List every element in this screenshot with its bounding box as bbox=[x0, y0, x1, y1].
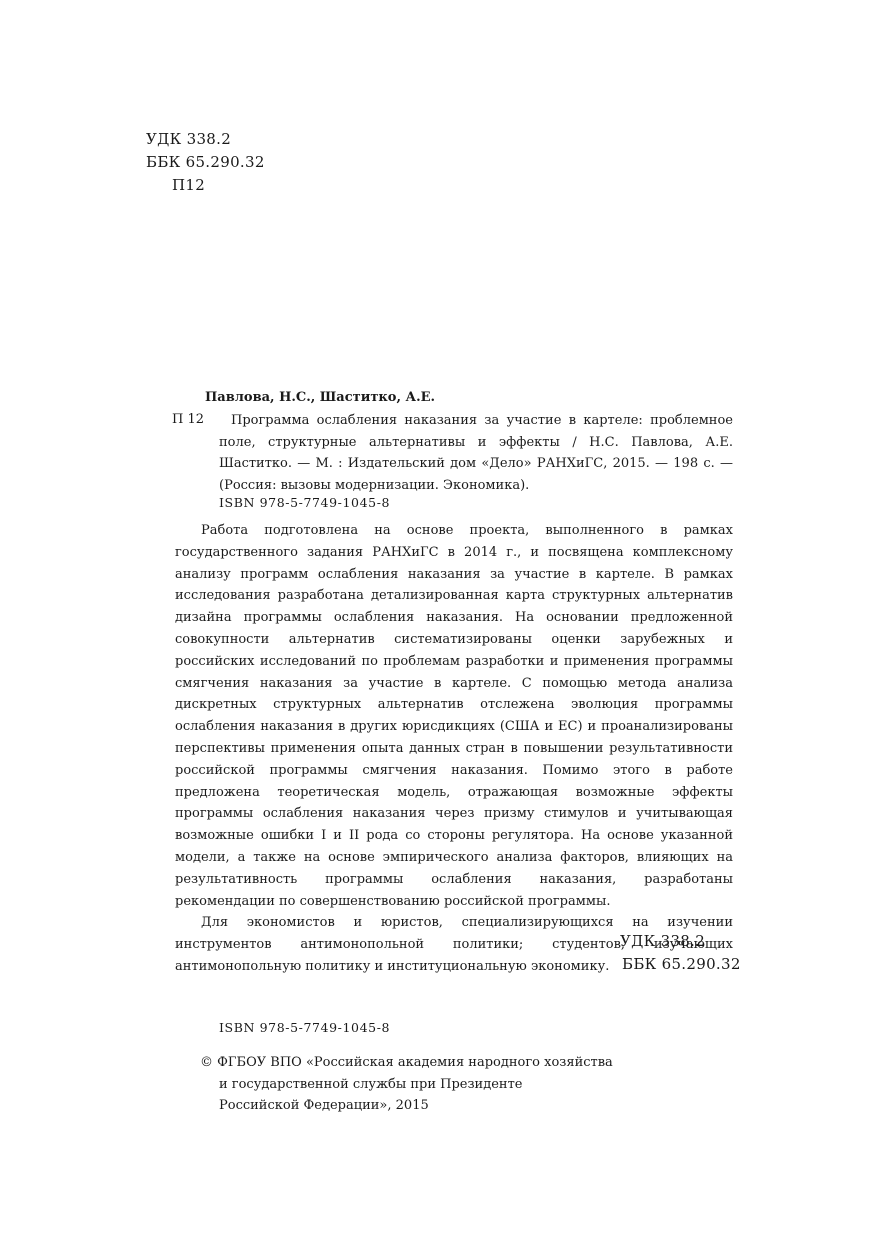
copyright-line: © ФГБОУ ВПО «Российская академия народно… bbox=[200, 1052, 613, 1074]
author-mark: П 12 bbox=[172, 412, 204, 427]
isbn: ISBN 978-5-7749-1045-8 bbox=[219, 495, 390, 510]
bibliographic-description: Программа ослабления наказания за участи… bbox=[219, 410, 733, 496]
udk-code-bottom: УДК 338.2 bbox=[620, 930, 705, 953]
copyright-notice: © ФГБОУ ВПО «Российская академия народно… bbox=[200, 1052, 613, 1117]
copyright-line: Российской Федерации», 2015 bbox=[200, 1095, 613, 1117]
author-mark-top: П12 bbox=[172, 174, 205, 197]
abstract: Работа подготовлена на основе проекта, в… bbox=[175, 520, 733, 978]
authors-heading: Павлова, Н.С., Шаститко, А.Е. bbox=[205, 390, 435, 405]
udk-code-top: УДК 338.2 bbox=[146, 128, 231, 151]
copyright-line: и государственной службы при Президенте bbox=[200, 1074, 613, 1096]
bbk-code-bottom: ББК 65.290.32 bbox=[622, 953, 741, 976]
isbn-bottom: ISBN 978-5-7749-1045-8 bbox=[219, 1020, 390, 1035]
abstract-paragraph: Работа подготовлена на основе проекта, в… bbox=[175, 520, 733, 912]
bibliographic-text: Программа ослабления наказания за участи… bbox=[219, 410, 733, 496]
bbk-code-top: ББК 65.290.32 bbox=[146, 151, 265, 174]
